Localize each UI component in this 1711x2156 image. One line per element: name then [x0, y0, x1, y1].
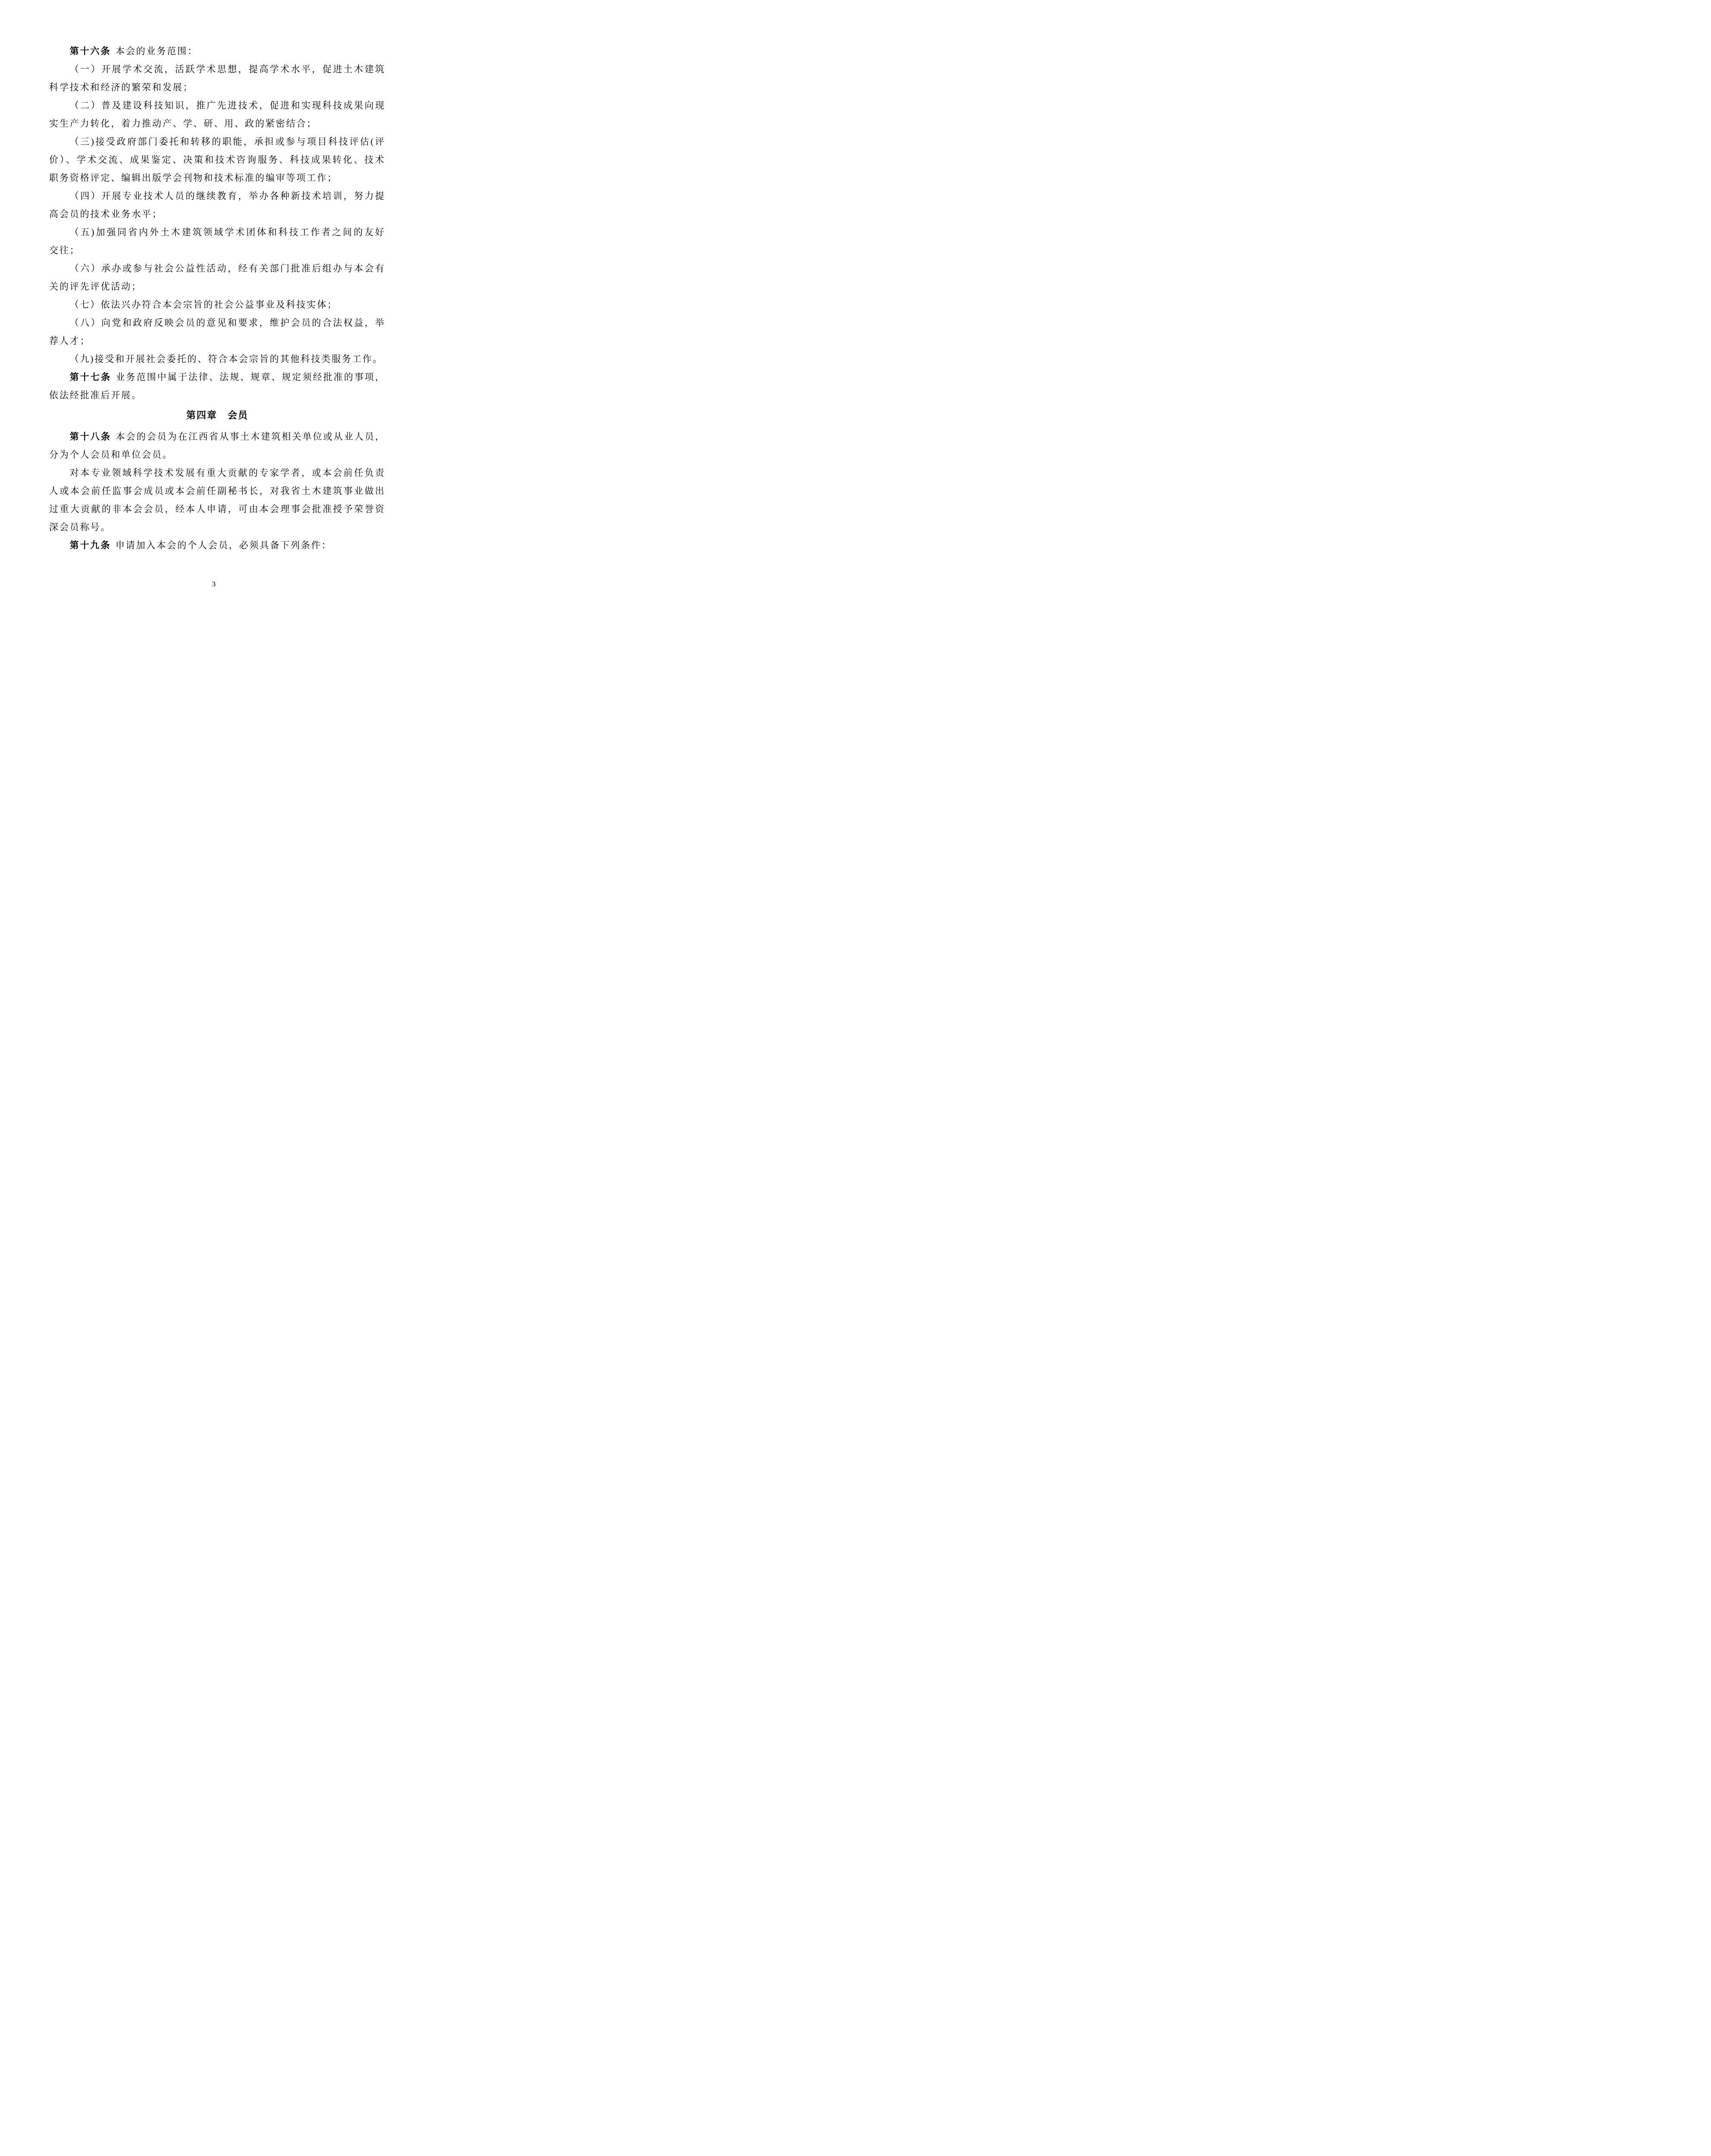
article-line: 第十六条本会的业务范围：	[49, 42, 385, 60]
text-line: 分为个人会员和单位会员。	[49, 445, 385, 464]
chapter-heading: 第四章 会员	[49, 407, 385, 425]
article-line: 第十八条本会的会员为在江西省从事土木建筑相关单位或从业人员，	[49, 427, 385, 445]
text-line: 对本专业领域科学技术发展有重大贡献的专家学者，或本会前任负责	[49, 464, 385, 482]
article-number: 第十七条	[70, 372, 111, 382]
article-line: 第十九条申请加入本会的个人会员，必须具备下列条件：	[49, 536, 385, 554]
document-page: 第十六条本会的业务范围：（一）开展学术交流，活跃学术思想，提高学术水平，促进土木…	[0, 0, 428, 605]
text-line: 依法经批准后开展。	[49, 386, 385, 404]
text-line: 荐人才；	[49, 332, 385, 350]
text-line: 高会员的技术业务水平；	[49, 205, 385, 223]
text-line: （一）开展学术交流，活跃学术思想，提高学术水平，促进土木建筑	[49, 60, 385, 78]
article-number: 第十九条	[70, 540, 111, 550]
text-line: 职务资格评定、编辑出版学会刊物和技术标准的编审等项工作；	[49, 169, 385, 187]
text-line: 价）、学术交流、成果鉴定、决策和技术咨询服务、科技成果转化、技术	[49, 150, 385, 169]
text-line: 过重大贡献的非本会会员，经本人申请，可由本会理事会批准授予荣誉资	[49, 500, 385, 518]
text-line: （八）向党和政府反映会员的意见和要求，维护会员的合法权益，举	[49, 313, 385, 332]
text-line: 关的评先评优活动；	[49, 277, 385, 295]
article-number: 第十六条	[70, 46, 111, 56]
text-line: 交往；	[49, 241, 385, 259]
text-line: （四）开展专业技术人员的继续教育，举办各种新技术培训，努力提	[49, 187, 385, 205]
text-line: （七）依法兴办符合本会宗旨的社会公益事业及科技实体；	[49, 295, 385, 313]
text-line: （五)加强同省内外土木建筑领域学术团体和科技工作者之间的友好	[49, 223, 385, 241]
text-line: （六）承办或参与社会公益性活动，经有关部门批准后组办与本会有	[49, 259, 385, 277]
text-line: 人或本会前任监事会成员或本会前任副秘书长，对我省土木建筑事业做出	[49, 482, 385, 500]
text-line: （九)接受和开展社会委托的、符合本会宗旨的其他科技类服务工作。	[49, 350, 385, 368]
page-number: 3	[0, 580, 428, 589]
article-line: 第十七条业务范围中属于法律、法规、规章、规定须经批准的事项，	[49, 368, 385, 386]
article-number: 第十八条	[70, 431, 111, 442]
text-line: （二）普及建设科技知识，推广先进技术，促进和实现科技成果向现	[49, 96, 385, 114]
text-line: 深会员称号。	[49, 518, 385, 536]
text-line: 实生产力转化，着力推动产、学、研、用、政的紧密结合；	[49, 114, 385, 132]
document-body: 第十六条本会的业务范围：（一）开展学术交流，活跃学术思想，提高学术水平，促进土木…	[49, 42, 385, 554]
text-line: （三)接受政府部门委托和转移的职能，承担或参与项目科技评估(评	[49, 132, 385, 150]
text-line: 科学技术和经济的繁荣和发展；	[49, 78, 385, 96]
